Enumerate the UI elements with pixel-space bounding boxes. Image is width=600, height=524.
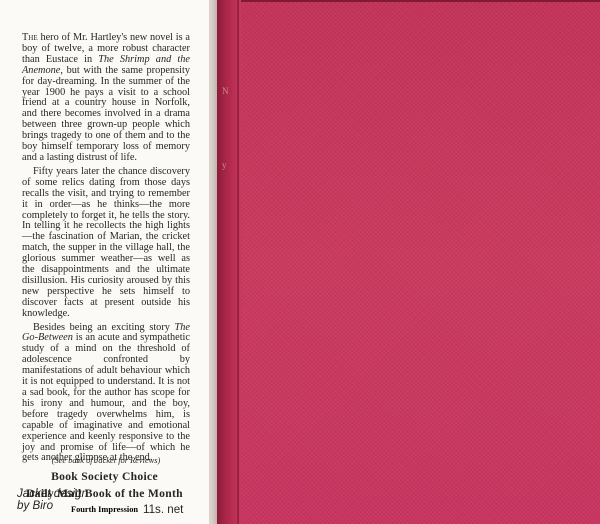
book-jacket-photo: N y The hero of Mr. Hartley's new novel …: [0, 0, 600, 524]
spine-gilt-mark: N: [222, 86, 229, 96]
blurb-paragraph-1: The hero of Mr. Hartley's new novel is a…: [22, 33, 190, 164]
design-credit-line-2: by Biro: [17, 500, 88, 512]
jacket-design-credit: Jacket design by Biro: [17, 488, 88, 512]
spine-gilt-mark: y: [222, 160, 227, 170]
blurb-text-span: Besides being an exciting story: [33, 322, 175, 333]
drop-lead-word: The: [22, 32, 38, 43]
blurb-text: The hero of Mr. Hartley's new novel is a…: [22, 33, 190, 467]
price-label: 11s. net: [143, 503, 183, 516]
spine-fold-line: [237, 0, 239, 524]
cloth-cover: [217, 0, 600, 524]
jacket-flap: The hero of Mr. Hartley's new novel is a…: [0, 0, 209, 524]
reviews-note: (See back of Jacket for Reviews): [22, 456, 190, 465]
honor-book-society: Book Society Choice: [0, 470, 209, 483]
blurb-paragraph-2: Fifty years later the chance discovery o…: [22, 167, 190, 320]
blurb-paragraph-3: Besides being an exciting story The Go-B…: [22, 323, 190, 465]
cover-top-edge: [217, 0, 600, 2]
blurb-text-span: is an acute and sympathetic study of a m…: [22, 332, 190, 463]
blurb-text-span: , but with the same propensity for day-d…: [22, 65, 190, 163]
